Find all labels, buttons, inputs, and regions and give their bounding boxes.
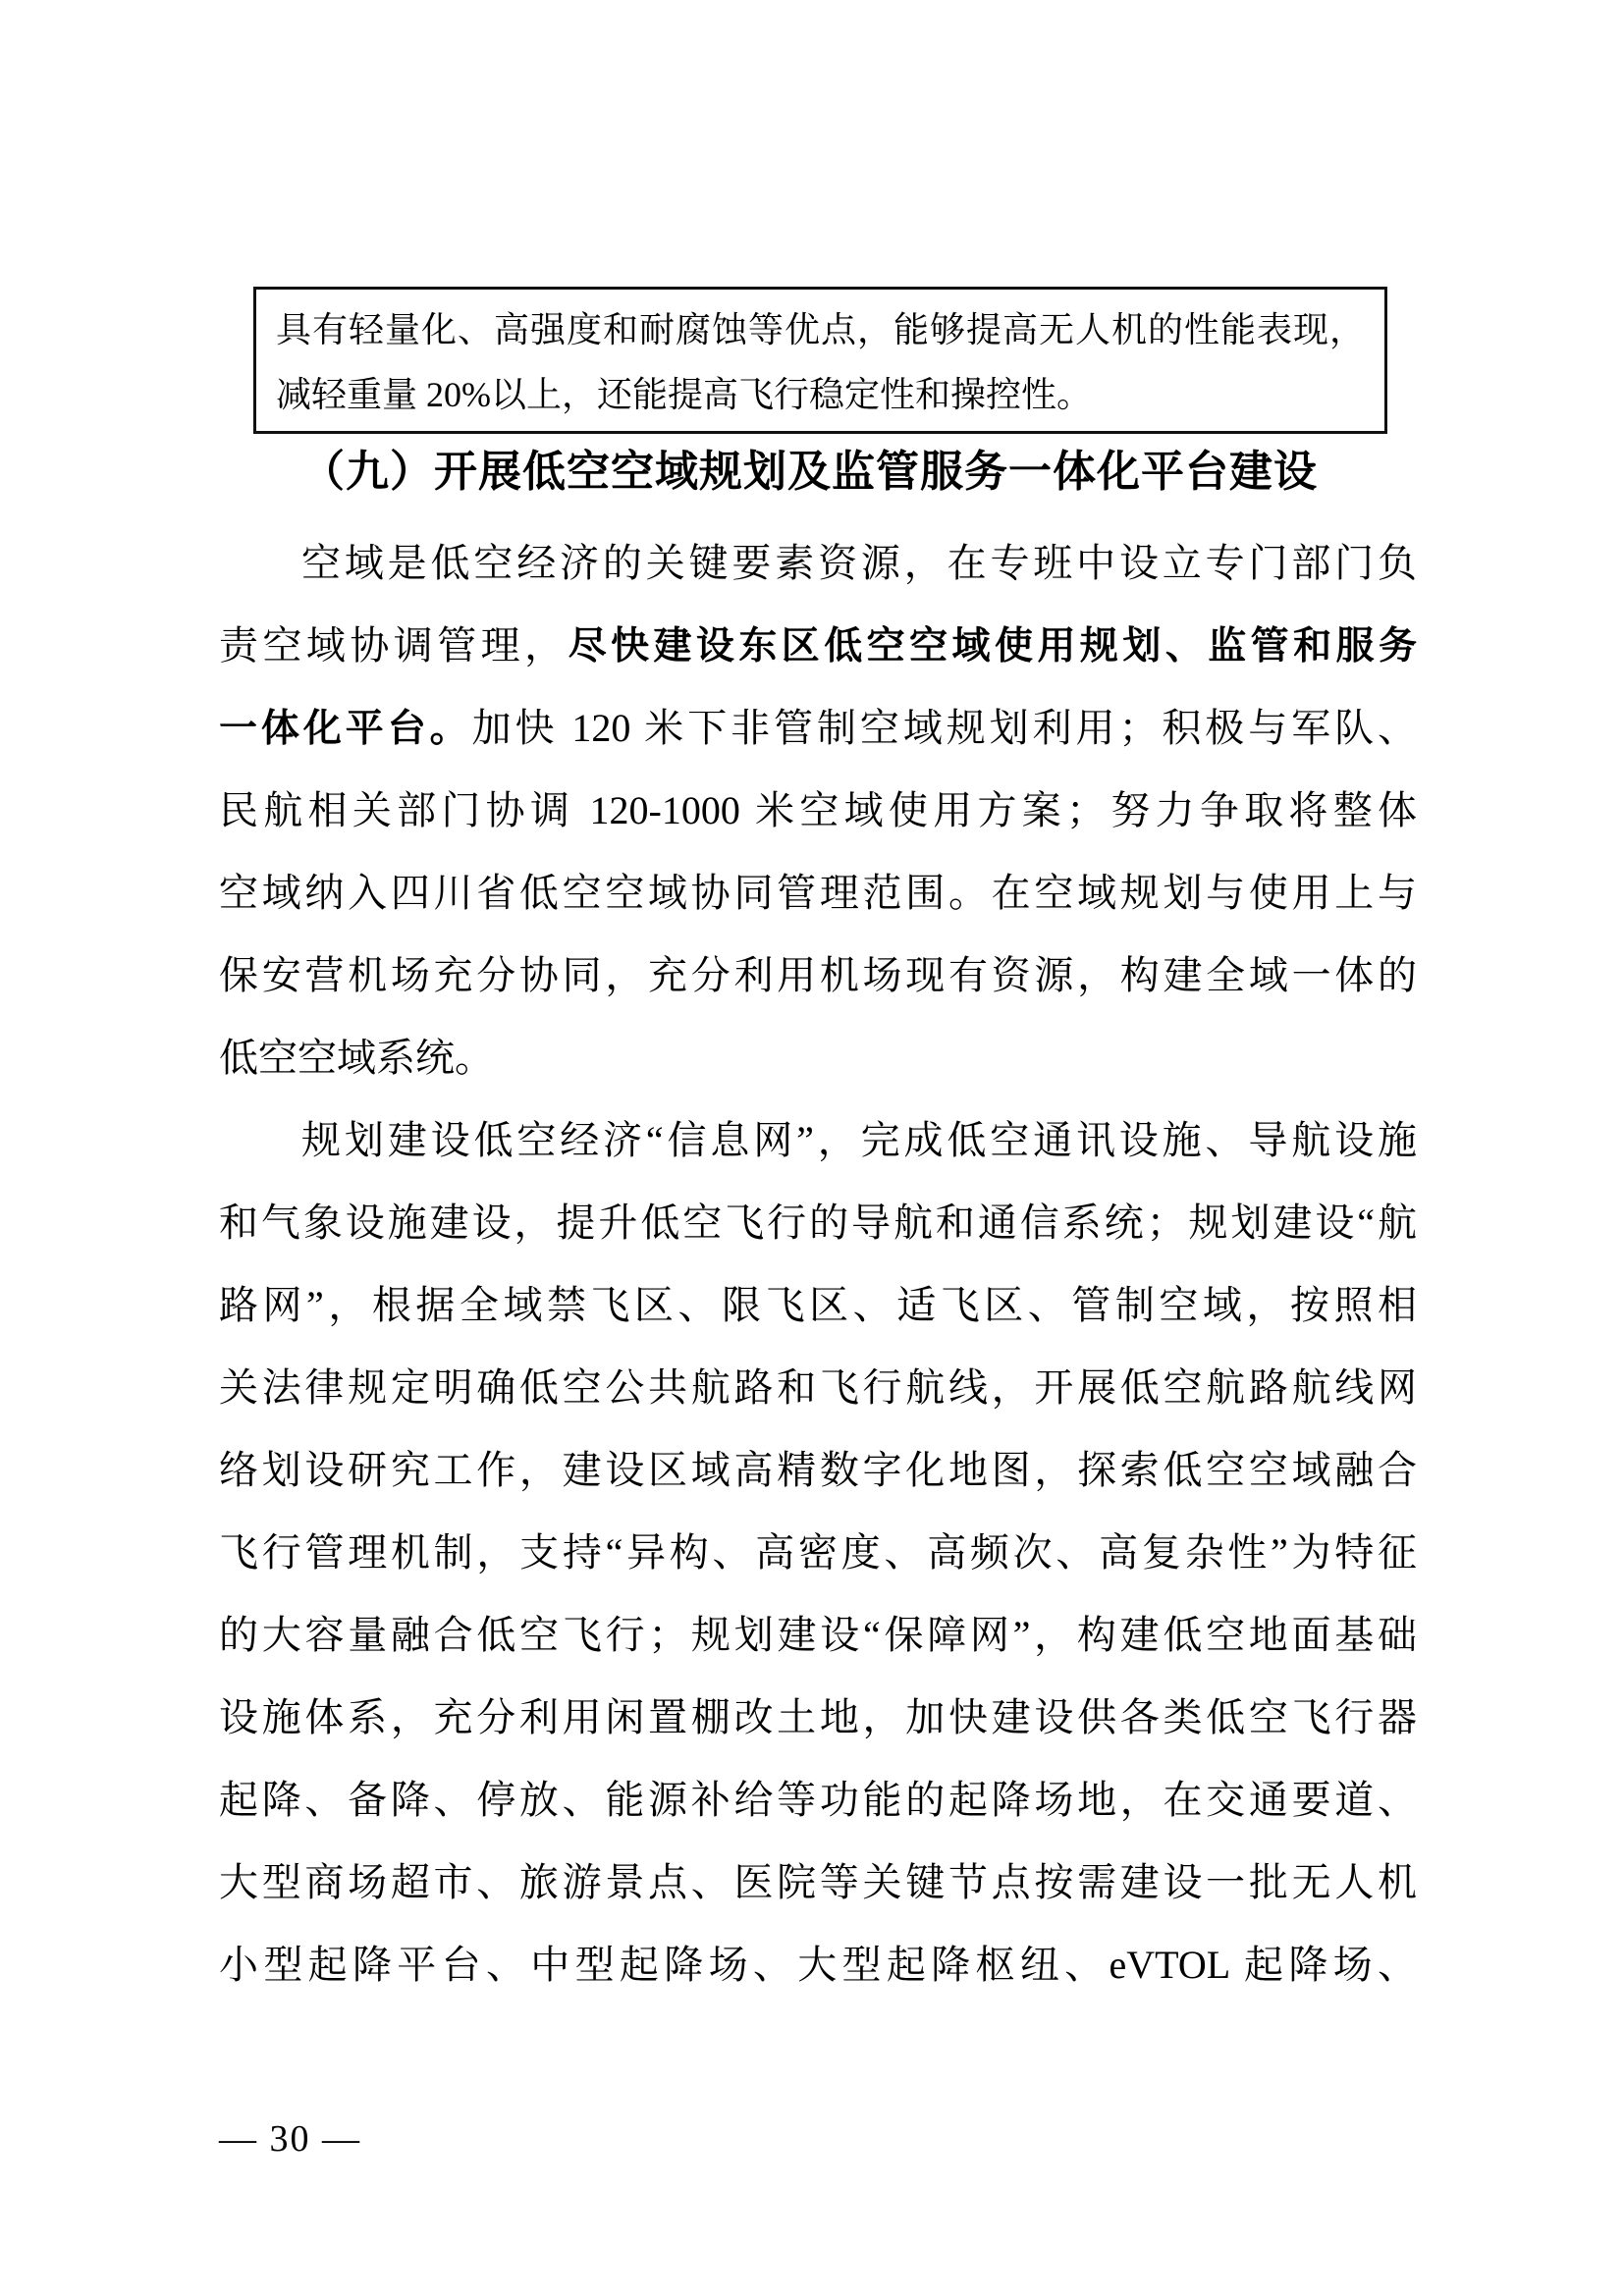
emphasis-text: 一体化平台。 <box>219 708 472 750</box>
plain-text: 具有轻量化、高强度和耐腐蚀等优点，能够提高无人机的性能表现， <box>276 310 1365 349</box>
plain-text: 空域是低空经济的关键要素资源，在专班中设立专门部门负 <box>301 541 1417 585</box>
plain-text: 设施体系，充分利用闲置棚改土地，加快建设供各类低空飞行器 <box>219 1695 1417 1739</box>
page-number: — 30 — <box>219 2116 361 2162</box>
plain-text: 飞行管理机制，支持“异构、高密度、高频次、高复杂性”为特征 <box>219 1530 1417 1575</box>
text-line: 络划设研究工作，建设区域高精数字化地图，探索低空空域融合 <box>219 1429 1417 1512</box>
text-line: 关法律规定明确低空公共航路和飞行航线，开展低空航路航线网 <box>219 1347 1417 1429</box>
plain-text: 规划建设低空经济“信息网”，完成低空通讯设施、导航设施 <box>301 1118 1417 1162</box>
plain-text: 和气象设施建设，提升低空飞行的导航和通信系统；规划建设“航 <box>219 1201 1417 1245</box>
plain-text: 大型商场超市、旅游景点、医院等关键节点按需建设一批无人机 <box>219 1860 1417 1904</box>
plain-text: 的大容量融合低空飞行；规划建设“保障网”，构建低空地面基础 <box>219 1613 1417 1657</box>
plain-text: 空域纳入四川省低空空域协同管理范围。在空域规划与使用上与 <box>219 871 1417 915</box>
text-line: 设施体系，充分利用闲置棚改土地，加快建设供各类低空飞行器 <box>219 1677 1417 1759</box>
text-line: 空域是低空经济的关键要素资源，在专班中设立专门部门负 <box>219 522 1417 605</box>
text-line: 大型商场超市、旅游景点、医院等关键节点按需建设一批无人机 <box>219 1842 1417 1924</box>
plain-text: 减轻重量 20%以上，还能提高飞行稳定性和操控性。 <box>276 375 1092 414</box>
plain-text: 络划设研究工作，建设区域高精数字化地图，探索低空空域融合 <box>219 1448 1417 1492</box>
body-text: 空域是低空经济的关键要素资源，在专班中设立专门部门负责空域协调管理，尽快建设东区… <box>219 522 1417 2006</box>
text-line: 一体化平台。加快 120 米下非管制空域规划利用；积极与军队、 <box>219 687 1417 770</box>
section-heading: （九）开展低空空域规划及监管服务一体化平台建设 <box>219 438 1417 507</box>
plain-text: 起降、备降、停放、能源补给等功能的起降场地，在交通要道、 <box>219 1778 1417 1822</box>
plain-text: 小型起降平台、中型起降场、大型起降枢纽、eVTOL 起降场、 <box>219 1943 1417 1987</box>
plain-text: 责空域协调管理， <box>219 623 568 667</box>
text-line: 责空域协调管理，尽快建设东区低空空域使用规划、监管和服务 <box>219 605 1417 687</box>
text-line: 规划建设低空经济“信息网”，完成低空通讯设施、导航设施 <box>219 1099 1417 1182</box>
plain-text: 路网”，根据全域禁飞区、限飞区、适飞区、管制空域，按照相 <box>219 1283 1417 1327</box>
plain-text: 民航相关部门协调 120-1000 米空域使用方案；努力争取将整体 <box>219 788 1417 832</box>
text-line: 低空空域系统。 <box>219 1017 1417 1099</box>
text-line: 和气象设施建设，提升低空飞行的导航和通信系统；规划建设“航 <box>219 1182 1417 1264</box>
plain-text: 关法律规定明确低空公共航路和飞行航线，开展低空航路航线网 <box>219 1365 1417 1410</box>
document-page: 具有轻量化、高强度和耐腐蚀等优点，能够提高无人机的性能表现，减轻重量 20%以上… <box>0 0 1624 2296</box>
text-line: 具有轻量化、高强度和耐腐蚀等优点，能够提高无人机的性能表现， <box>276 297 1365 362</box>
plain-text: 保安营机场充分协同，充分利用机场现有资源，构建全域一体的 <box>219 953 1417 997</box>
text-line: 的大容量融合低空飞行；规划建设“保障网”，构建低空地面基础 <box>219 1594 1417 1677</box>
text-line: 路网”，根据全域禁飞区、限飞区、适飞区、管制空域，按照相 <box>219 1264 1417 1347</box>
text-line: 保安营机场充分协同，充分利用机场现有资源，构建全域一体的 <box>219 934 1417 1017</box>
text-line: 小型起降平台、中型起降场、大型起降枢纽、eVTOL 起降场、 <box>219 1924 1417 2006</box>
continued-table-box: 具有轻量化、高强度和耐腐蚀等优点，能够提高无人机的性能表现，减轻重量 20%以上… <box>253 287 1387 434</box>
text-line: 空域纳入四川省低空空域协同管理范围。在空域规划与使用上与 <box>219 852 1417 934</box>
plain-text: 加快 120 米下非管制空域规划利用；积极与军队、 <box>472 706 1417 750</box>
text-line: 减轻重量 20%以上，还能提高飞行稳定性和操控性。 <box>276 362 1365 427</box>
text-line: 民航相关部门协调 120-1000 米空域使用方案；努力争取将整体 <box>219 770 1417 852</box>
plain-text: 低空空域系统。 <box>219 1036 494 1080</box>
emphasis-text: 尽快建设东区低空空域使用规划、监管和服务 <box>568 625 1417 667</box>
text-line: 起降、备降、停放、能源补给等功能的起降场地，在交通要道、 <box>219 1759 1417 1842</box>
text-line: 飞行管理机制，支持“异构、高密度、高频次、高复杂性”为特征 <box>219 1512 1417 1594</box>
